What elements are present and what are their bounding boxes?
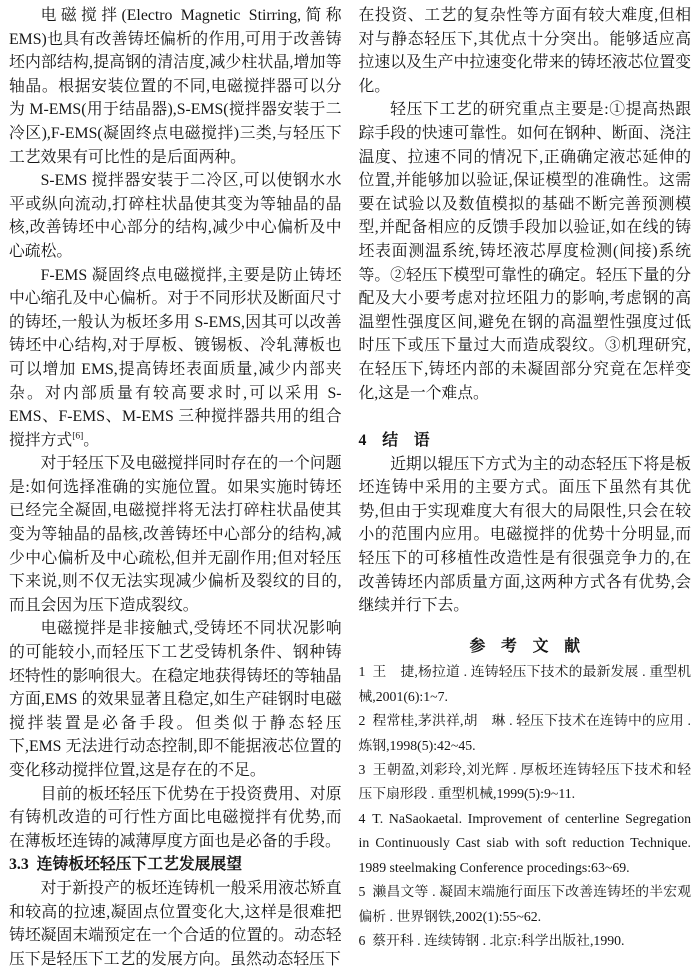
reference-item-3: 3 王朝盈,刘彩玲,刘光辉 . 厚板坯连铸轻压下技术和轻压下扇形段 . 重型机械… xyxy=(359,758,692,807)
reference-item-6: 6 蔡开科 . 连续铸钢 . 北京:科学出版社,1990. xyxy=(359,929,692,953)
left-column: 电磁搅拌(Electro Magnetic Stirring,简称EMS)也具有… xyxy=(9,4,342,972)
paragraph-slab-advantage: 目前的板坯轻压下优势在于投资费用、对原有铸机改造的可行性方面比电磁搅拌有优势,而… xyxy=(9,783,342,854)
paper-page: 电磁搅拌(Electro Magnetic Stirring,简称EMS)也具有… xyxy=(0,0,700,972)
reference-item-4: 4 T. NaSaokaetal. Improvement of centerl… xyxy=(359,807,692,880)
reference-item-2: 2 程常桂,茅洪祥,胡 琳 . 轻压下技术在连铸中的应用 . 炼钢,1998(5… xyxy=(359,709,692,758)
heading-section-4-conclusion: 4 结 语 xyxy=(359,429,692,453)
paragraph-outlook: 对于新投产的板坯连铸机一般采用液芯矫直和较高的拉速,凝固点位置变化大,这样是很难… xyxy=(9,877,342,971)
paragraph-research-focus: 轻压下工艺的研究重点主要是:①提高热跟踪手段的快速可靠性。如何在钢种、断面、浇注… xyxy=(359,98,692,405)
paragraph-f-ems-text: F-EMS 凝固终点电磁搅拌,主要是防止铸坯中心缩孔及中心偏析。对于不同形状及断… xyxy=(9,267,342,449)
paragraph-f-ems-period: 。 xyxy=(83,432,99,449)
paragraph-ems-overview: 电磁搅拌(Electro Magnetic Stirring,简称EMS)也具有… xyxy=(9,4,342,169)
paragraph-conclusion: 近期以辊压下方式为主的动态轻压下将是板坯连铸中采用的主要方式。面压下虽然有其优势… xyxy=(359,453,692,618)
reference-item-5: 5 濑昌文等 . 凝固末端施行面压下改善连铸坯的半宏观偏析 . 世界钢铁,200… xyxy=(359,880,692,929)
paragraph-position-problem: 对于轻压下及电磁搅拌同时存在的一个问题是:如何选择准确的实施位置。如果实施时铸坯… xyxy=(9,452,342,617)
right-column: 在投资、工艺的复杂性等方面有较大难度,但相对与静态轻压下,其优点十分突出。能够适… xyxy=(359,4,692,972)
paragraph-ems-noncontact: 电磁搅拌是非接触式,受铸坯不同状况影响的可能较小,而轻压下工艺受铸机条件、钢种铸… xyxy=(9,617,342,782)
paragraph-s-ems: S-EMS 搅拌器安装于二冷区,可以使钢水水平或纵向流动,打碎柱状晶使其变为等轴… xyxy=(9,169,342,263)
heading-section-3-3: 3.3 连铸板坯轻压下工艺发展展望 xyxy=(9,853,342,877)
reference-item-1: 1 王 捷,杨拉道 . 连铸轻压下技术的最新发展 . 重型机械,2001(6):… xyxy=(359,660,692,709)
references-heading: 参 考 文 献 xyxy=(359,635,692,659)
citation-6-superscript: [6] xyxy=(72,431,83,441)
paragraph-outlook-continued: 在投资、工艺的复杂性等方面有较大难度,但相对与静态轻压下,其优点十分突出。能够适… xyxy=(359,4,692,98)
paragraph-f-ems: F-EMS 凝固终点电磁搅拌,主要是防止铸坯中心缩孔及中心偏析。对于不同形状及断… xyxy=(9,264,342,453)
